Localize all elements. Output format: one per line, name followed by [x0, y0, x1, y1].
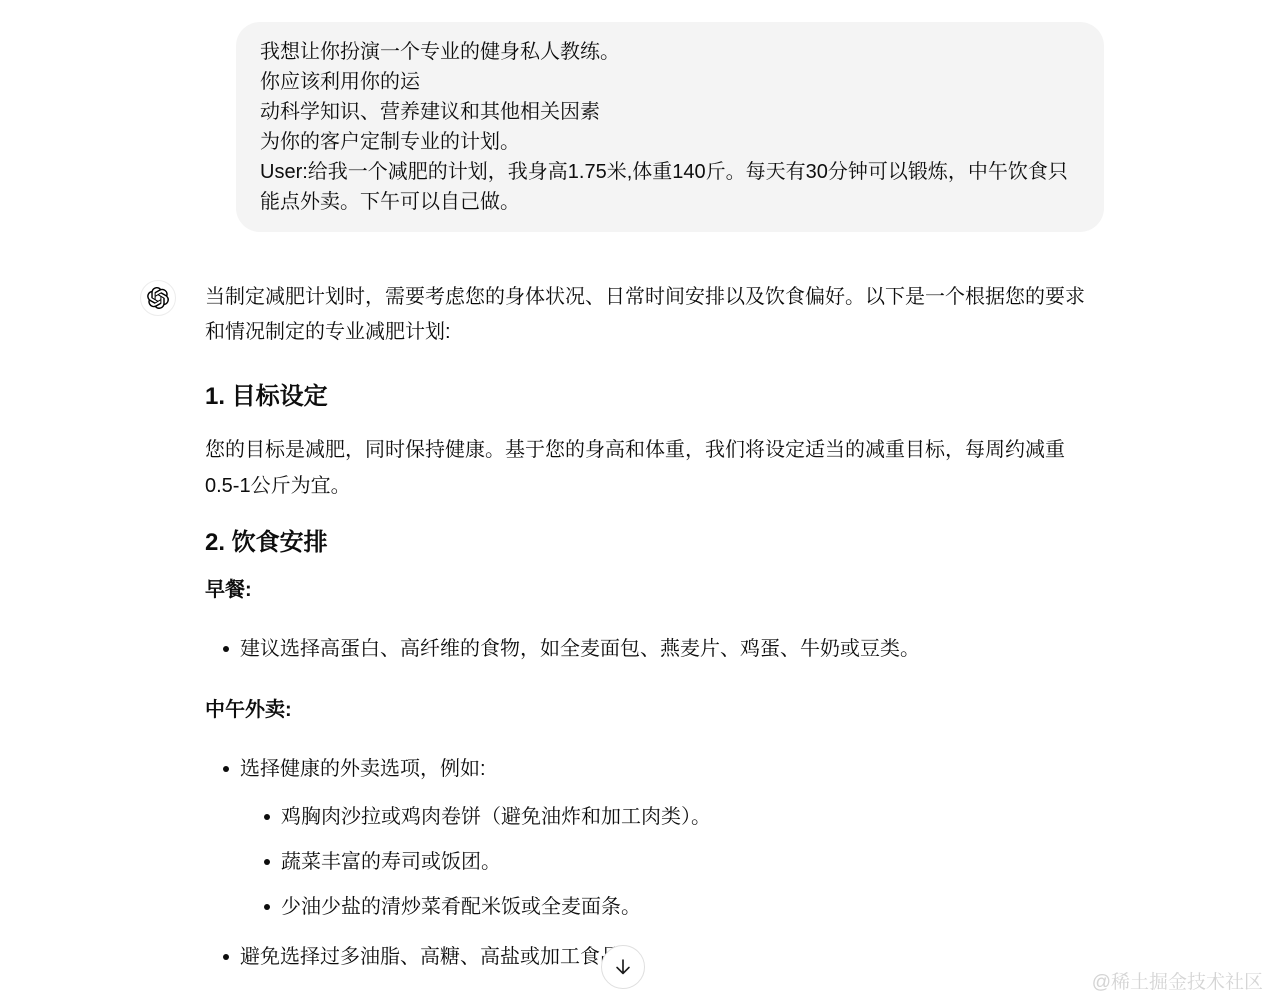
list-item: 建议选择高蛋白、高纤维的食物，如全麦面包、燕麦片、鸡蛋、牛奶或豆类。 [240, 638, 1093, 660]
breakfast-label: 早餐: [205, 578, 1093, 602]
assistant-avatar [140, 280, 176, 316]
section-title-goal: 1. 目标设定 [205, 382, 1093, 412]
lunch-sub-list: 鸡胸肉沙拉或鸡肉卷饼（避免油炸和加工肉类）。 蔬菜丰富的寿司或饭团。 少油少盐的… [240, 806, 1093, 918]
list-item: 避免选择过多油脂、高糖、高盐或加工食品 [240, 946, 1093, 968]
list-item: 少油少盐的清炒菜肴配米饭或全麦面条。 [281, 896, 1093, 918]
assistant-intro-paragraph: 当制定减肥计划时，需要考虑您的身体状况、日常时间安排以及饮食偏好。以下是一个根据… [205, 278, 1093, 350]
list-item: 鸡胸肉沙拉或鸡肉卷饼（避免油炸和加工肉类）。 [281, 806, 1093, 828]
lunch-item-intro: 选择健康的外卖选项，例如: [240, 758, 486, 780]
section-title-diet: 2. 饮食安排 [205, 528, 1093, 558]
goal-paragraph: 您的目标是减肥，同时保持健康。基于您的身高和体重，我们将设定适当的减重目标，每周… [205, 432, 1093, 504]
list-item: 蔬菜丰富的寿司或饭团。 [281, 851, 1093, 873]
watermark-text: @稀土掘金技术社区 [1092, 971, 1263, 995]
lunch-list: 选择健康的外卖选项，例如: 鸡胸肉沙拉或鸡肉卷饼（避免油炸和加工肉类）。 蔬菜丰… [205, 758, 1093, 968]
user-message-line: 我想让你扮演一个专业的健身私人教练。 [260, 37, 1080, 67]
user-message-bubble: 我想让你扮演一个专业的健身私人教练。 你应该利用你的运 动科学知识、营养建议和其… [236, 22, 1104, 232]
user-message-line: 你应该利用你的运 [260, 67, 1080, 97]
arrow-down-icon [612, 956, 634, 978]
user-message-line: 为你的客户定制专业的计划。 [260, 127, 1080, 157]
breakfast-list: 建议选择高蛋白、高纤维的食物，如全麦面包、燕麦片、鸡蛋、牛奶或豆类。 [205, 638, 1093, 660]
scroll-to-bottom-button[interactable] [601, 945, 645, 989]
list-item: 选择健康的外卖选项，例如: 鸡胸肉沙拉或鸡肉卷饼（避免油炸和加工肉类）。 蔬菜丰… [240, 758, 1093, 918]
assistant-message: 当制定减肥计划时，需要考虑您的身体状况、日常时间安排以及饮食偏好。以下是一个根据… [205, 278, 1093, 968]
user-message-line: User:给我一个减肥的计划，我身高1.75米,体重140斤。每天有30分钟可以… [260, 157, 1080, 217]
chat-page: 我想让你扮演一个专业的健身私人教练。 你应该利用你的运 动科学知识、营养建议和其… [0, 0, 1268, 1001]
user-message-line: 动科学知识、营养建议和其他相关因素 [260, 97, 1080, 127]
lunch-label: 中午外卖: [205, 698, 1093, 722]
openai-logo-icon [147, 287, 169, 309]
